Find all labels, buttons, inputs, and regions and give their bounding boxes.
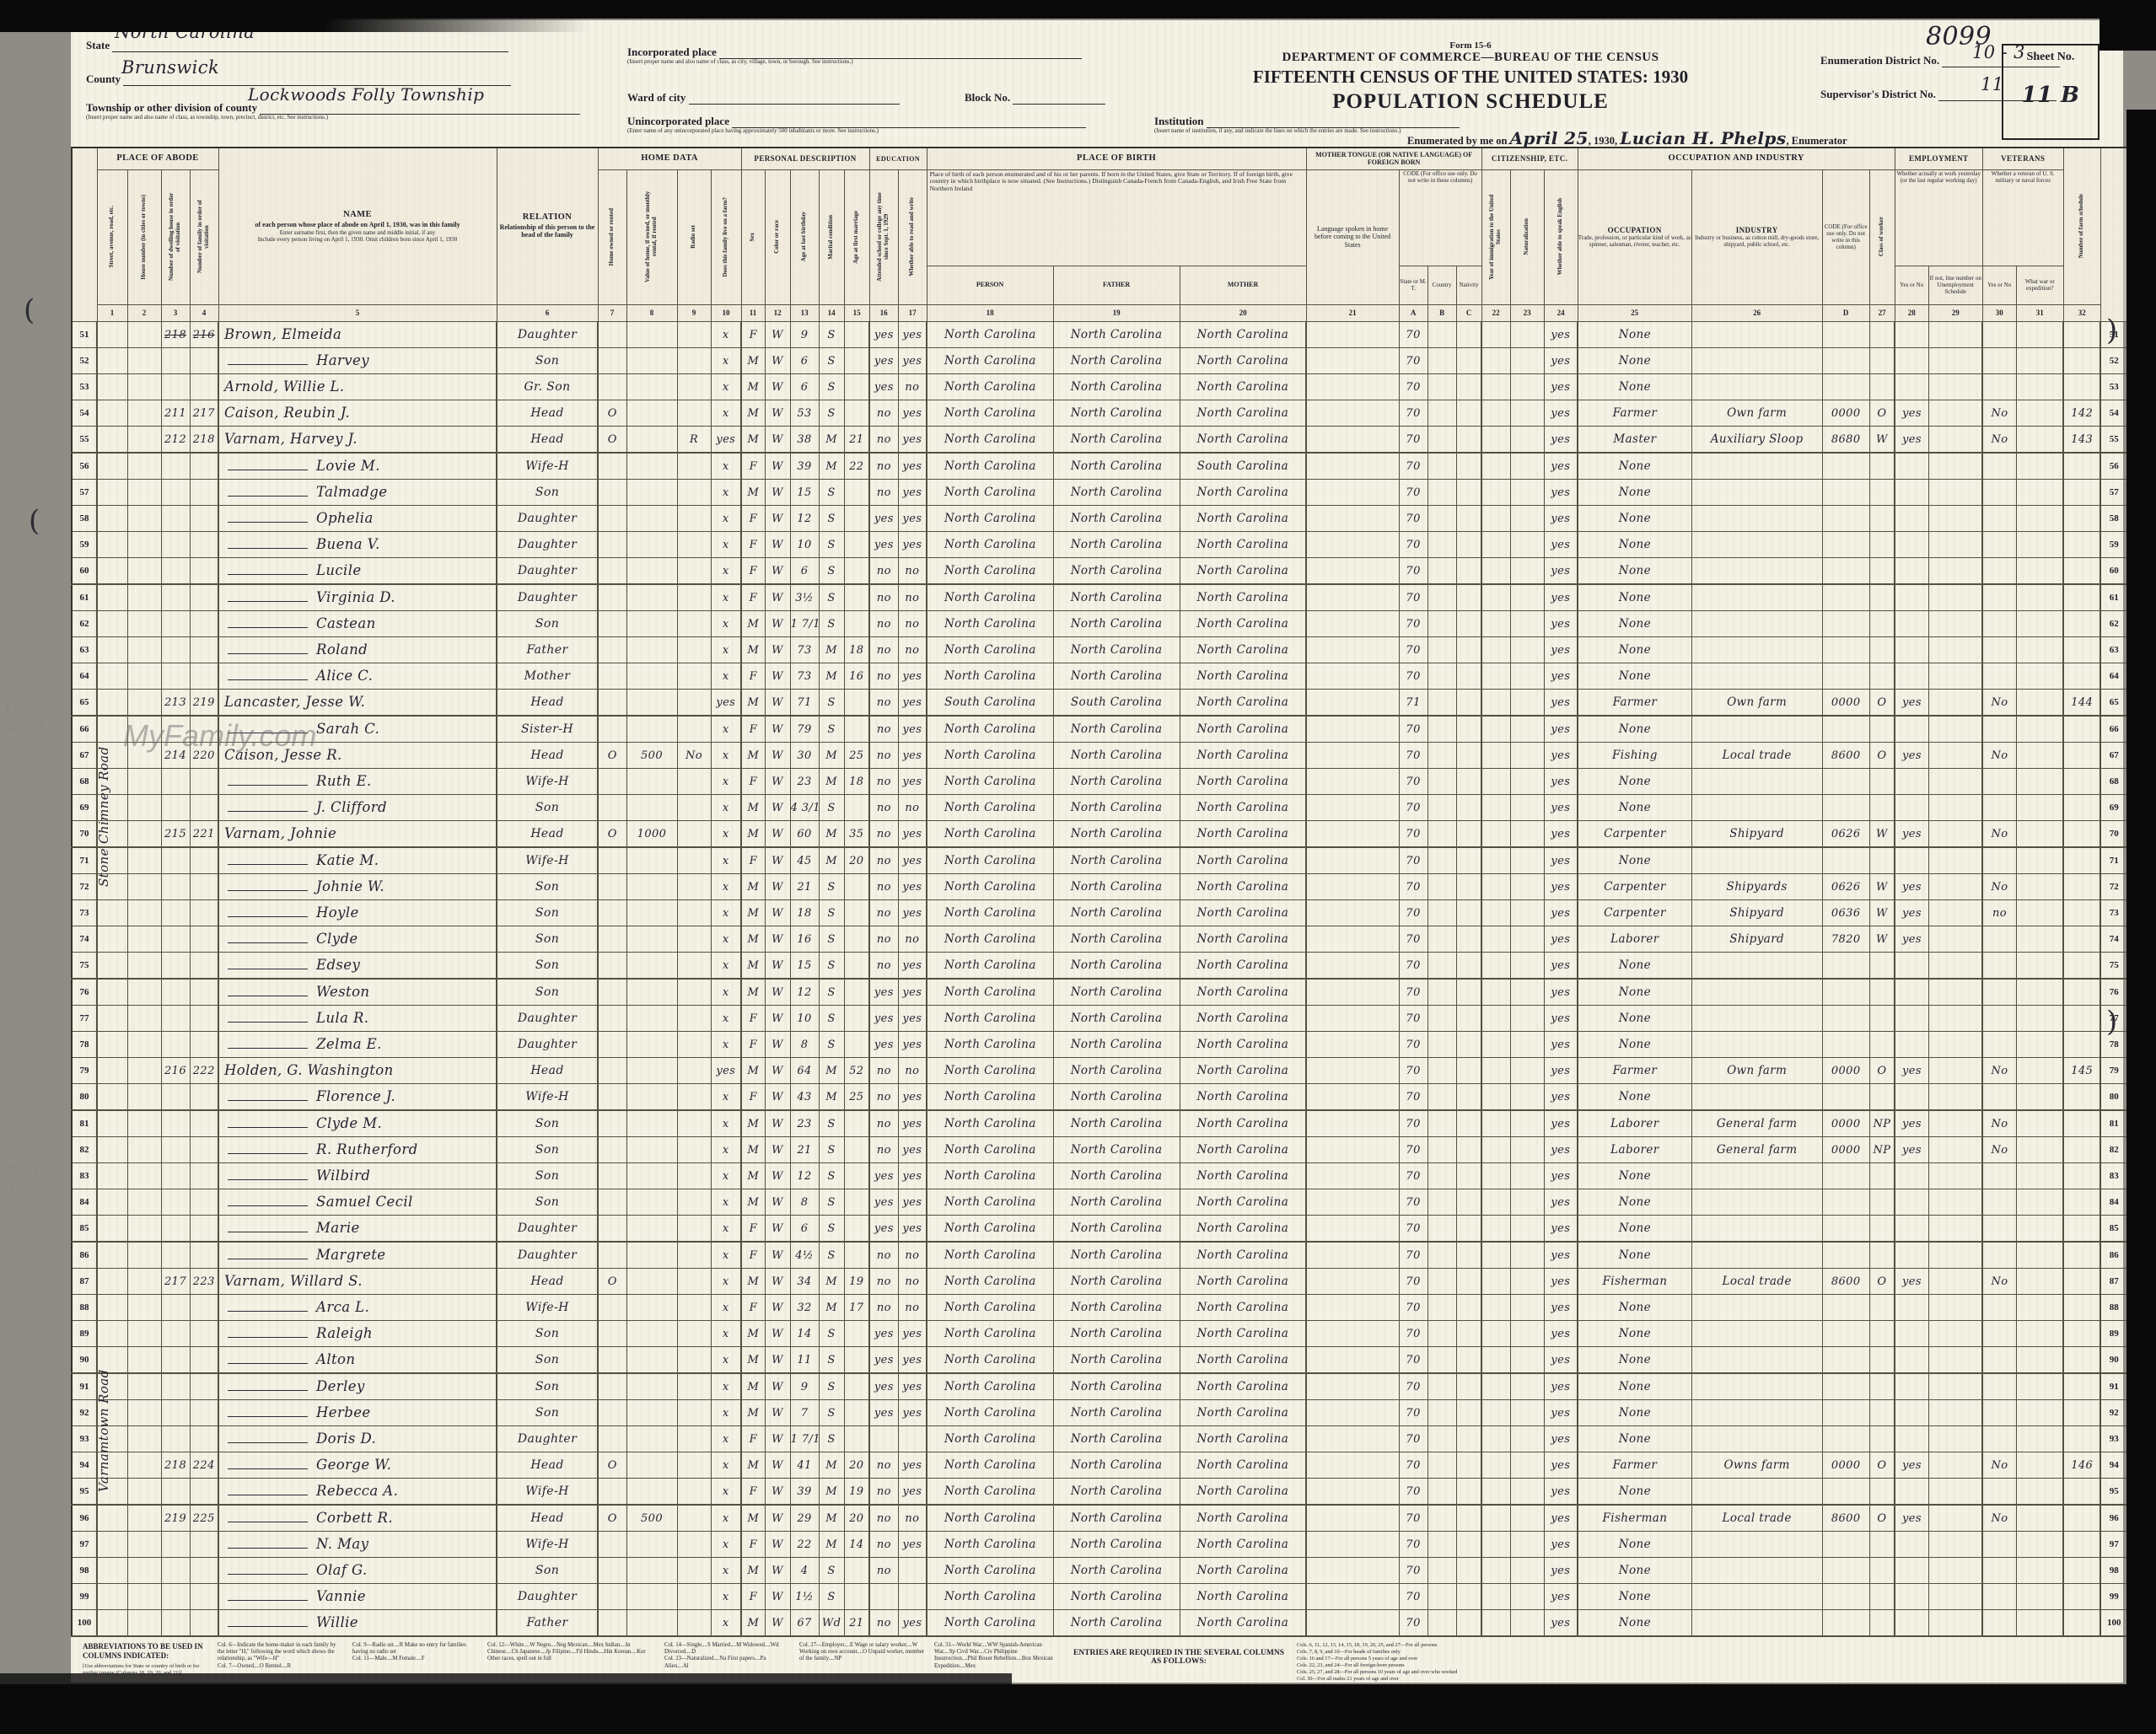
cell-im bbox=[1481, 820, 1510, 847]
cell-ca: 70 bbox=[1399, 1425, 1427, 1452]
cell-im bbox=[1481, 926, 1510, 952]
cell-r bbox=[677, 663, 711, 689]
cell-b1: North Carolina bbox=[927, 453, 1053, 480]
cell-wk bbox=[1895, 1583, 1928, 1609]
cell-am bbox=[844, 1320, 869, 1346]
cell-rel: Head bbox=[497, 742, 598, 768]
cell-eng: yes bbox=[1544, 926, 1578, 952]
cell-b2: North Carolina bbox=[1053, 373, 1180, 400]
cell-fam: 217 bbox=[190, 400, 218, 426]
cell-b2: North Carolina bbox=[1053, 768, 1180, 794]
cell-im bbox=[1481, 847, 1510, 874]
cell-cc bbox=[1456, 952, 1481, 979]
cell-f: x bbox=[711, 952, 741, 979]
column-dwelling-number: Number of dwelling house in order of vis… bbox=[169, 191, 182, 283]
cell-num: 96 bbox=[72, 1505, 97, 1532]
cell-wk bbox=[1895, 1242, 1928, 1269]
column-number: 31 bbox=[2016, 304, 2063, 321]
cell-r bbox=[677, 716, 711, 743]
cell-vt bbox=[1982, 479, 2016, 505]
cell-lang bbox=[1306, 1505, 1399, 1532]
abbrev-col27-text: Col. 27—Employer....E Wage or salary wor… bbox=[799, 1642, 926, 1663]
cell-num2: 55 bbox=[2100, 426, 2127, 453]
cell-o bbox=[598, 1005, 626, 1031]
cell-ra: W bbox=[765, 426, 790, 453]
cell-b2: North Carolina bbox=[1053, 1452, 1180, 1478]
cell-na bbox=[1510, 794, 1544, 820]
cell-ca: 70 bbox=[1399, 1294, 1427, 1320]
cell-oc: None bbox=[1578, 1609, 1691, 1636]
cell-b1: North Carolina bbox=[927, 373, 1053, 400]
cell-sx: F bbox=[741, 321, 765, 347]
cell-cc bbox=[1456, 1478, 1481, 1505]
cell-rel: Son bbox=[497, 1557, 598, 1583]
cell-vt: No bbox=[1982, 742, 2016, 768]
cell-r bbox=[677, 689, 711, 716]
cell-dw: 219 bbox=[161, 1505, 190, 1532]
cell-ue bbox=[1928, 1478, 1982, 1505]
cell-eng: yes bbox=[1544, 1110, 1578, 1137]
cell-s1 bbox=[869, 1425, 898, 1452]
cell-im bbox=[1481, 426, 1510, 453]
cell-b1: North Carolina bbox=[927, 347, 1053, 373]
cell-ca: 70 bbox=[1399, 794, 1427, 820]
cell-num: 79 bbox=[72, 1057, 97, 1083]
cell-fam: 222 bbox=[190, 1057, 218, 1083]
cell-cw: O bbox=[1869, 1268, 1895, 1294]
cell-r: No bbox=[677, 742, 711, 768]
cell-b1: North Carolina bbox=[927, 899, 1053, 926]
cell-fs bbox=[2063, 636, 2100, 663]
cell-eng: yes bbox=[1544, 1399, 1578, 1425]
table-row: 69J. CliffordSonxMW4 3/12SnonoNorth Caro… bbox=[72, 794, 2127, 820]
cell-ag: 18 bbox=[790, 899, 819, 926]
cell-rel: Head bbox=[497, 689, 598, 716]
cell-f: x bbox=[711, 1110, 741, 1137]
cell-im bbox=[1481, 1609, 1510, 1636]
cell-b1: North Carolina bbox=[927, 1136, 1053, 1162]
cell-dw bbox=[161, 847, 190, 874]
scan-edge-corner bbox=[2100, 0, 2156, 51]
cell-war bbox=[2016, 505, 2063, 531]
cell-im bbox=[1481, 1320, 1510, 1346]
cell-b2: North Carolina bbox=[1053, 820, 1180, 847]
cell-ca: 70 bbox=[1399, 820, 1427, 847]
cell-lang bbox=[1306, 1242, 1399, 1269]
cell-cd: 7820 bbox=[1822, 926, 1869, 952]
cell-ra: W bbox=[765, 1083, 790, 1110]
cell-r bbox=[677, 373, 711, 400]
cell-name: Varnam, Harvey J. bbox=[218, 426, 497, 453]
column-color-race: Color or race bbox=[774, 220, 781, 254]
cell-war bbox=[2016, 1373, 2063, 1400]
cell-wk bbox=[1895, 847, 1928, 874]
cell-eng: yes bbox=[1544, 479, 1578, 505]
cell-wk bbox=[1895, 1320, 1928, 1346]
cell-ue bbox=[1928, 1399, 1982, 1425]
cell-na bbox=[1510, 873, 1544, 899]
cell-num2: 92 bbox=[2100, 1399, 2127, 1425]
cell-cd bbox=[1822, 1425, 1869, 1452]
cell-rel: Son bbox=[497, 1399, 598, 1425]
cell-name: Roland bbox=[218, 636, 497, 663]
cell-ue bbox=[1928, 1162, 1982, 1189]
cell-ca: 70 bbox=[1399, 1557, 1427, 1583]
cell-ag: 12 bbox=[790, 979, 819, 1006]
cell-o bbox=[598, 531, 626, 557]
cell-oc: None bbox=[1578, 636, 1691, 663]
cell-rel: Head bbox=[497, 1452, 598, 1478]
cell-o bbox=[598, 479, 626, 505]
cell-ind bbox=[1691, 1346, 1822, 1373]
cell-s2: yes bbox=[898, 742, 927, 768]
cell-sx: M bbox=[741, 1609, 765, 1636]
cell-rel: Son bbox=[497, 952, 598, 979]
cell-am bbox=[844, 505, 869, 531]
cell-name: Brown, Elmeida bbox=[218, 321, 497, 347]
cell-lang bbox=[1306, 453, 1399, 480]
cell-b2: North Carolina bbox=[1053, 1110, 1180, 1137]
cell-b2: North Carolina bbox=[1053, 636, 1180, 663]
cell-m: M bbox=[819, 663, 844, 689]
cell-f: x bbox=[711, 321, 741, 347]
township-label: Township or other division of county bbox=[86, 101, 257, 114]
supervisor-district-value: 11 bbox=[1981, 74, 2004, 94]
cell-cd: 0000 bbox=[1822, 400, 1869, 426]
column-number: 16 bbox=[869, 304, 898, 321]
cell-ind: Local trade bbox=[1691, 1268, 1822, 1294]
cell-b3: North Carolina bbox=[1180, 557, 1306, 584]
cell-oc: None bbox=[1578, 453, 1691, 480]
cell-sx: M bbox=[741, 1136, 765, 1162]
cell-name: Clyde bbox=[218, 926, 497, 952]
incorporated-label: Incorporated place bbox=[627, 46, 717, 58]
sheet-label: Sheet No. bbox=[2003, 51, 2098, 64]
cell-am bbox=[844, 1136, 869, 1162]
cell-name: Marie bbox=[218, 1215, 497, 1242]
cell-num2: 67 bbox=[2100, 742, 2127, 768]
cell-r bbox=[677, 557, 711, 584]
cell-m: S bbox=[819, 1242, 844, 1269]
cell-f: x bbox=[711, 1531, 741, 1557]
cell-ue bbox=[1928, 1609, 1982, 1636]
cell-ag: 8 bbox=[790, 1031, 819, 1057]
cell-s2: no bbox=[898, 794, 927, 820]
cell-ra: W bbox=[765, 742, 790, 768]
scan-edge-bottom-2 bbox=[0, 1673, 1012, 1685]
cell-lang bbox=[1306, 1005, 1399, 1031]
cell-ind: General farm bbox=[1691, 1110, 1822, 1137]
cell-b2: North Carolina bbox=[1053, 1031, 1180, 1057]
cell-ue bbox=[1928, 373, 1982, 400]
cell-vt bbox=[1982, 1320, 2016, 1346]
cell-fs bbox=[2063, 716, 2100, 743]
cell-ag: 12 bbox=[790, 1162, 819, 1189]
cell-o: O bbox=[598, 400, 626, 426]
cell-war bbox=[2016, 716, 2063, 743]
table-row: 57TalmadgeSonxMW15SnoyesNorth CarolinaNo… bbox=[72, 479, 2127, 505]
cell-ra: W bbox=[765, 1346, 790, 1373]
cell-b1: North Carolina bbox=[927, 1583, 1053, 1609]
cell-f: x bbox=[711, 1215, 741, 1242]
cell-ra: W bbox=[765, 505, 790, 531]
cell-f: x bbox=[711, 505, 741, 531]
cell-cb bbox=[1427, 1373, 1456, 1400]
cell-name: Virginia D. bbox=[218, 584, 497, 611]
cell-name: Castean bbox=[218, 610, 497, 636]
cell-am: 20 bbox=[844, 1452, 869, 1478]
cell-ue bbox=[1928, 768, 1982, 794]
institution-label: Institution bbox=[1154, 115, 1204, 127]
cell-oc: None bbox=[1578, 794, 1691, 820]
cell-m: S bbox=[819, 1583, 844, 1609]
cell-b3: North Carolina bbox=[1180, 1399, 1306, 1425]
cell-s1: yes bbox=[869, 1189, 898, 1215]
cell-cb bbox=[1427, 1005, 1456, 1031]
cell-vt bbox=[1982, 636, 2016, 663]
cell-s1: no bbox=[869, 1505, 898, 1532]
column-number: 17 bbox=[898, 304, 927, 321]
cell-lang bbox=[1306, 1531, 1399, 1557]
cell-vt bbox=[1982, 1242, 2016, 1269]
cell-vt bbox=[1982, 1557, 2016, 1583]
occupation-column-header: OCCUPATION Trade, profession, or particu… bbox=[1578, 169, 1691, 304]
cell-m: S bbox=[819, 400, 844, 426]
cell-cw bbox=[1869, 1320, 1895, 1346]
cell-ca: 70 bbox=[1399, 1110, 1427, 1137]
cell-ra: W bbox=[765, 1215, 790, 1242]
cell-ra: W bbox=[765, 610, 790, 636]
cell-fam bbox=[190, 794, 218, 820]
cell-war bbox=[2016, 1215, 2063, 1242]
cell-s2 bbox=[898, 1583, 927, 1609]
cell-cd bbox=[1822, 1373, 1869, 1400]
cell-ue bbox=[1928, 847, 1982, 874]
cell-r bbox=[677, 505, 711, 531]
cell-b3: North Carolina bbox=[1180, 847, 1306, 874]
cell-v bbox=[626, 663, 677, 689]
title-block: Form 15-6 DEPARTMENT OF COMMERCE—BUREAU … bbox=[1150, 40, 1791, 114]
cell-o bbox=[598, 1136, 626, 1162]
cell-s2: yes bbox=[898, 1162, 927, 1189]
cell-num: 77 bbox=[72, 1005, 97, 1031]
cell-b3: North Carolina bbox=[1180, 1110, 1306, 1137]
cell-cd: 0000 bbox=[1822, 1136, 1869, 1162]
cell-im bbox=[1481, 1110, 1510, 1137]
cell-sx: F bbox=[741, 1083, 765, 1110]
margin-note: fb 21 bbox=[8, 1162, 41, 1177]
cell-fs bbox=[2063, 1373, 2100, 1400]
cell-oc: Laborer bbox=[1578, 1136, 1691, 1162]
cell-ue bbox=[1928, 1136, 1982, 1162]
cell-r bbox=[677, 1557, 711, 1583]
cell-im bbox=[1481, 1399, 1510, 1425]
cell-sx: M bbox=[741, 479, 765, 505]
cell-ag: 15 bbox=[790, 479, 819, 505]
cell-ag: 32 bbox=[790, 1294, 819, 1320]
cell-am bbox=[844, 1399, 869, 1425]
cell-v bbox=[626, 453, 677, 480]
cell-sx: F bbox=[741, 453, 765, 480]
cell-num2: 87 bbox=[2100, 1268, 2127, 1294]
cell-fam bbox=[190, 1557, 218, 1583]
cell-ind bbox=[1691, 1583, 1822, 1609]
cell-am bbox=[844, 479, 869, 505]
cell-im bbox=[1481, 1215, 1510, 1242]
cell-m: S bbox=[819, 1320, 844, 1346]
table-row: 87217223Varnam, Willard S.HeadOxMW34M19n… bbox=[72, 1268, 2127, 1294]
cell-dw bbox=[161, 584, 190, 611]
cell-fs bbox=[2063, 794, 2100, 820]
cell-ca: 70 bbox=[1399, 952, 1427, 979]
cell-ca: 70 bbox=[1399, 768, 1427, 794]
cell-ag: 14 bbox=[790, 1320, 819, 1346]
table-row: 76WestonSonxMW12SyesyesNorth CarolinaNor… bbox=[72, 979, 2127, 1006]
cell-eng: yes bbox=[1544, 426, 1578, 453]
cell-ra: W bbox=[765, 820, 790, 847]
cell-lang bbox=[1306, 557, 1399, 584]
cell-ca: 70 bbox=[1399, 1242, 1427, 1269]
cell-v bbox=[626, 1268, 677, 1294]
cell-im bbox=[1481, 584, 1510, 611]
cell-war bbox=[2016, 1609, 2063, 1636]
cell-cw bbox=[1869, 952, 1895, 979]
cell-name: Ruth E. bbox=[218, 768, 497, 794]
cell-num: 67 bbox=[72, 742, 97, 768]
cell-s1: no bbox=[869, 663, 898, 689]
cell-ind: Shipyard bbox=[1691, 926, 1822, 952]
cell-f: x bbox=[711, 400, 741, 426]
cell-num2: 99 bbox=[2100, 1583, 2127, 1609]
cell-b2: North Carolina bbox=[1053, 453, 1180, 480]
cell-num2: 81 bbox=[2100, 1110, 2127, 1137]
cell-v bbox=[626, 505, 677, 531]
cell-s1: no bbox=[869, 1531, 898, 1557]
cell-am bbox=[844, 926, 869, 952]
cell-eng: yes bbox=[1544, 531, 1578, 557]
cell-cb bbox=[1427, 531, 1456, 557]
cell-vt: No bbox=[1982, 1057, 2016, 1083]
cell-oc: Farmer bbox=[1578, 1057, 1691, 1083]
cell-cb bbox=[1427, 1057, 1456, 1083]
cell-hn bbox=[127, 663, 161, 689]
cell-num2: 90 bbox=[2100, 1346, 2127, 1373]
cell-num2: 64 bbox=[2100, 663, 2127, 689]
cell-hn bbox=[127, 847, 161, 874]
cell-am bbox=[844, 1215, 869, 1242]
cell-ue bbox=[1928, 742, 1982, 768]
cell-cc bbox=[1456, 820, 1481, 847]
cell-na bbox=[1510, 1005, 1544, 1031]
cell-oc: Farmer bbox=[1578, 400, 1691, 426]
cell-im bbox=[1481, 505, 1510, 531]
cell-rel: Wife-H bbox=[497, 768, 598, 794]
column-number: 24 bbox=[1544, 304, 1578, 321]
cell-num: 81 bbox=[72, 1110, 97, 1137]
cell-na bbox=[1510, 716, 1544, 743]
cell-oc: None bbox=[1578, 1083, 1691, 1110]
cell-wk: yes bbox=[1895, 742, 1928, 768]
cell-am: 16 bbox=[844, 663, 869, 689]
cell-hn bbox=[127, 1505, 161, 1532]
cell-ca: 70 bbox=[1399, 873, 1427, 899]
cell-num: 78 bbox=[72, 1031, 97, 1057]
cell-war bbox=[2016, 926, 2063, 952]
cell-v bbox=[626, 1425, 677, 1452]
cell-rel: Gr. Son bbox=[497, 373, 598, 400]
abbrev-col12-text: Col. 12—White....W Negro....Neg Mexican.… bbox=[487, 1642, 656, 1663]
cell-fs bbox=[2063, 1110, 2100, 1137]
cell-b3: North Carolina bbox=[1180, 1346, 1306, 1373]
cell-cw bbox=[1869, 768, 1895, 794]
cell-ag: 34 bbox=[790, 1268, 819, 1294]
cell-sx: M bbox=[741, 820, 765, 847]
cell-r bbox=[677, 453, 711, 480]
unincorporated-note: (Enter name of any unincorporated place … bbox=[627, 128, 1133, 135]
cell-r bbox=[677, 1215, 711, 1242]
cell-ca: 70 bbox=[1399, 557, 1427, 584]
table-row: 73HoyleSonxMW18SnoyesNorth CarolinaNorth… bbox=[72, 899, 2127, 926]
table-row: 56Lovie M.Wife-HxFW39M22noyesNorth Carol… bbox=[72, 453, 2127, 480]
cell-am: 21 bbox=[844, 1609, 869, 1636]
cell-sx: F bbox=[741, 847, 765, 874]
cell-ca: 70 bbox=[1399, 1399, 1427, 1425]
cell-r: R bbox=[677, 426, 711, 453]
cell-num2: 54 bbox=[2100, 400, 2127, 426]
cell-fs bbox=[2063, 373, 2100, 400]
cell-sx: M bbox=[741, 899, 765, 926]
cell-b1: North Carolina bbox=[927, 1609, 1053, 1636]
cell-rel: Son bbox=[497, 1162, 598, 1189]
unincorporated-label: Unincorporated place bbox=[627, 115, 729, 127]
cell-ue bbox=[1928, 1346, 1982, 1373]
cell-cw bbox=[1869, 531, 1895, 557]
cell-eng: yes bbox=[1544, 321, 1578, 347]
cell-fam bbox=[190, 1215, 218, 1242]
cell-ag: 4½ bbox=[790, 1242, 819, 1269]
cell-am: 22 bbox=[844, 453, 869, 480]
cell-ra: W bbox=[765, 1136, 790, 1162]
cell-ag: 1½ bbox=[790, 1583, 819, 1609]
cell-lang bbox=[1306, 1346, 1399, 1373]
cell-ind bbox=[1691, 1478, 1822, 1505]
cell-num: 70 bbox=[72, 820, 97, 847]
cell-s1: no bbox=[869, 1242, 898, 1269]
cell-b1: North Carolina bbox=[927, 873, 1053, 899]
cell-na bbox=[1510, 1057, 1544, 1083]
cell-ue bbox=[1928, 1425, 1982, 1452]
cell-cd: 8600 bbox=[1822, 742, 1869, 768]
cell-war bbox=[2016, 873, 2063, 899]
cell-cd: 0000 bbox=[1822, 1452, 1869, 1478]
cell-cw bbox=[1869, 979, 1895, 1006]
cell-s2: yes bbox=[898, 1031, 927, 1057]
cell-ag: 11 bbox=[790, 1346, 819, 1373]
cell-am bbox=[844, 1189, 869, 1215]
cell-dw bbox=[161, 505, 190, 531]
cell-hn bbox=[127, 1478, 161, 1505]
cell-ue bbox=[1928, 1557, 1982, 1583]
column-house-number: House number (in cities or towns) bbox=[141, 195, 148, 280]
cell-fs bbox=[2063, 1031, 2100, 1057]
cell-s1: no bbox=[869, 1057, 898, 1083]
cell-cd bbox=[1822, 1583, 1869, 1609]
cell-ue bbox=[1928, 1531, 1982, 1557]
cell-fam: 218 bbox=[190, 426, 218, 453]
cell-war bbox=[2016, 847, 2063, 874]
cell-s2: yes bbox=[898, 768, 927, 794]
cell-ue bbox=[1928, 1031, 1982, 1057]
